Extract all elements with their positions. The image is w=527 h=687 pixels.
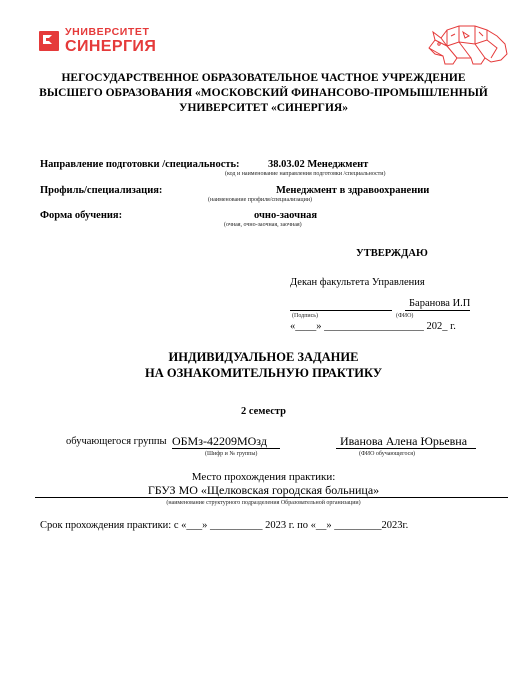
logo-line-1: УНИВЕРСИТЕТ [65,27,156,38]
approval-position: Декан факультета Управления [290,277,425,288]
document-title-line-1: ИНДИВИДУАЛЬНОЕ ЗАДАНИЕ [0,349,527,365]
approval-title: УТВЕРЖДАЮ [356,248,428,259]
logo-line-2: СИНЕРГИЯ [65,39,156,55]
semester: 2 семестр [0,406,527,417]
approver-name: Баранова И.П [409,298,470,309]
signature-line[interactable] [290,310,392,311]
student-group: ОБМз-42209МОзд [172,434,267,449]
direction-value: 38.03.02 Менеджмент [268,159,368,170]
form-label: Форма обучения: [40,210,122,221]
document-title: ИНДИВИДУАЛЬНОЕ ЗАДАНИЕ НА ОЗНАКОМИТЕЛЬНУ… [0,349,527,381]
approver-name-hint: (ФИО) [396,313,413,319]
student-name-hint: (ФИО обучающегося) [359,451,415,457]
organization-line-1: НЕГОСУДАРСТВЕННОЕ ОБРАЗОВАТЕЛЬНОЕ ЧАСТНО… [0,71,527,86]
form-hint: (очная, очно-заочная, заочная) [224,222,302,228]
practice-place-label: Место прохождения практики: [0,471,527,483]
profile-hint: (наименование профиля/специализации) [208,197,312,203]
rhino-mascot-icon [425,18,510,66]
university-logo: УНИВЕРСИТЕТ СИНЕРГИЯ [39,27,156,55]
organization-line-3: УНИВЕРСИТЕТ «СИНЕРГИЯ» [0,101,527,116]
organization-line-2: ВЫСШЕГО ОБРАЗОВАНИЯ «МОСКОВСКИЙ ФИНАНСОВ… [0,86,527,101]
direction-label: Направление подготовки /специальность: [40,159,240,170]
approver-name-underline [405,310,470,311]
practice-place-underline [35,497,508,498]
student-name: Иванова Алена Юрьевна [340,434,467,449]
synergy-logo-square-icon [39,31,59,51]
student-group-hint: (Шифр и № группы) [205,451,257,457]
practice-place-value: ГБУЗ МО «Щелковская городская больница» [0,483,527,498]
approval-date[interactable]: «____» ___________________ 202_ г. [290,321,456,332]
organization-name: НЕГОСУДАРСТВЕННОЕ ОБРАЗОВАТЕЛЬНОЕ ЧАСТНО… [0,71,527,116]
document-title-line-2: НА ОЗНАКОМИТЕЛЬНУЮ ПРАКТИКУ [0,365,527,381]
practice-period[interactable]: Срок прохождения практики: с «___» _____… [40,520,408,531]
student-group-underline [172,448,280,449]
signature-hint: (Подпись) [292,313,318,319]
profile-label: Профиль/специализация: [40,185,162,196]
form-value: очно-заочная [254,210,317,221]
student-group-prefix: обучающегося группы [66,436,167,447]
logo-text: УНИВЕРСИТЕТ СИНЕРГИЯ [65,27,156,55]
profile-value: Менеджмент в здравоохранении [276,185,429,196]
student-name-underline [336,448,476,449]
practice-place-hint: (наименование структурного подразделения… [0,500,527,506]
direction-hint: (код и наименование направления подготов… [225,171,385,177]
